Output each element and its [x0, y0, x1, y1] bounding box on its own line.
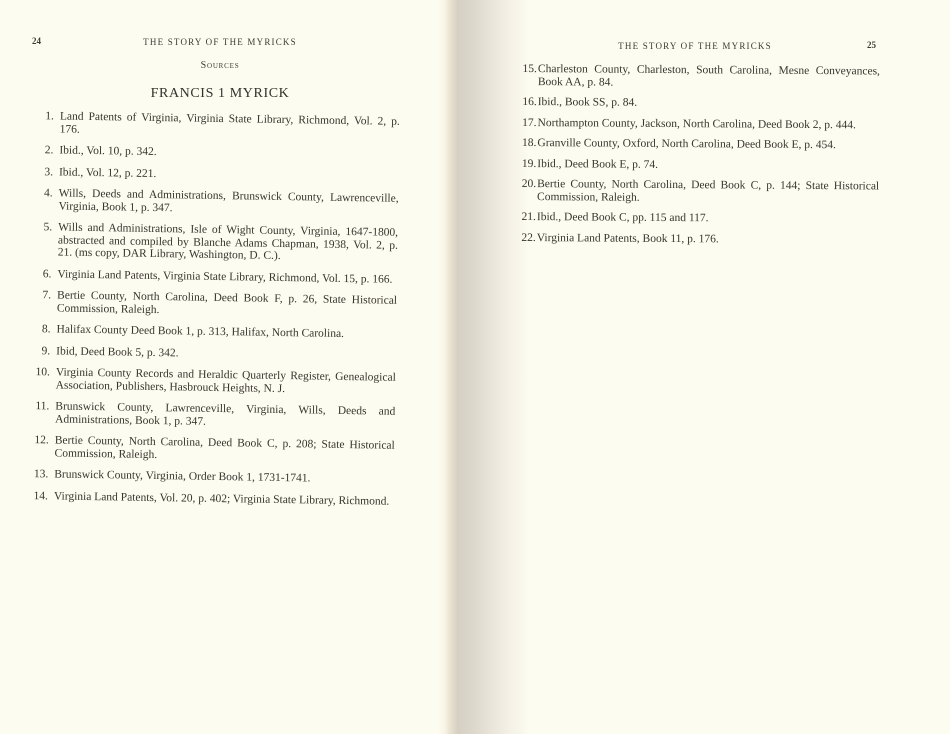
section-title: Sources — [130, 60, 310, 71]
right-page-number: 25 — [867, 40, 876, 50]
source-entry: 6.Virginia Land Patents, Virginia State … — [25, 267, 397, 285]
source-entry: 18.Granville County, Oxford, North Carol… — [524, 137, 879, 152]
source-entry: 16.Ibid., Book SS, p. 84. — [525, 96, 880, 111]
left-source-list: 1.Land Patents of Virginia, Virginia Sta… — [22, 110, 400, 517]
source-text: Virginia County Records and Heraldic Qua… — [56, 366, 396, 394]
source-text: Brunswick County, Virginia, Order Book 1… — [54, 468, 310, 484]
source-number: 19. — [510, 157, 536, 170]
source-text: Ibid., Deed Book E, p. 74. — [537, 158, 658, 171]
left-page: 24 THE STORY OF THE MYRICKS Sources FRAN… — [0, 0, 440, 734]
source-entry: 4.Wills, Deeds and Administrations, Brun… — [26, 187, 398, 218]
source-text: Wills, Deeds and Administrations, Brunsw… — [58, 187, 398, 213]
source-number: 14. — [22, 489, 48, 502]
source-number: 11. — [23, 400, 49, 413]
source-entry: 20.Bertie County, North Carolina, Deed B… — [524, 178, 879, 205]
book-spread: 24 THE STORY OF THE MYRICKS Sources FRAN… — [0, 0, 950, 734]
source-number: 13. — [22, 468, 48, 481]
source-entry: 3.Ibid., Vol. 12, p. 221. — [27, 165, 399, 183]
source-number: 22. — [510, 231, 536, 244]
source-number: 21. — [510, 211, 536, 224]
source-entry: 19.Ibid., Deed Book E, p. 74. — [524, 157, 879, 172]
source-number: 4. — [27, 187, 53, 200]
source-number: 18. — [510, 137, 536, 150]
source-text: Bertie County, North Carolina, Deed Book… — [57, 289, 397, 315]
source-number: 6. — [25, 267, 51, 280]
left-running-head: THE STORY OF THE MYRICKS — [130, 37, 310, 47]
right-source-list: 15.Charleston County, Charleston, South … — [524, 63, 880, 254]
source-number: 12. — [23, 434, 49, 447]
source-entry: 10.Virginia County Records and Heraldic … — [24, 366, 396, 397]
source-number: 16. — [511, 96, 537, 109]
left-page-number: 24 — [32, 36, 41, 46]
source-text: Bertie County, North Carolina, Deed Book… — [55, 434, 395, 460]
source-text: Halifax County Deed Book 1, p. 313, Hali… — [56, 323, 344, 340]
source-number: 8. — [24, 323, 50, 336]
source-entry: 22.Virginia Land Patents, Book 11, p. 17… — [524, 231, 879, 246]
source-number: 17. — [511, 116, 537, 129]
source-number: 20. — [510, 178, 536, 191]
source-number: 3. — [27, 165, 53, 178]
source-text: Ibid., Vol. 10, p. 342. — [59, 144, 157, 158]
source-entry: 1.Land Patents of Virginia, Virginia Sta… — [28, 110, 400, 141]
source-entry: 11.Brunswick County, Lawrenceville, Virg… — [23, 400, 395, 431]
source-number: 10. — [24, 366, 50, 379]
source-text: Bertie County, North Carolina, Deed Book… — [537, 178, 879, 203]
source-entry: 5.Wills and Administrations, Isle of Wig… — [26, 221, 399, 264]
source-entry: 2.Ibid., Vol. 10, p. 342. — [27, 144, 399, 162]
source-text: Ibid, Deed Book 5, p. 342. — [56, 345, 179, 359]
source-text: Charleston County, Charleston, South Car… — [538, 63, 880, 88]
source-entry: 8.Halifax County Deed Book 1, p. 313, Ha… — [24, 323, 396, 341]
source-number: 15. — [511, 63, 537, 76]
source-text: Ibid., Book SS, p. 84. — [538, 96, 637, 109]
book-gutter — [438, 0, 528, 734]
source-entry: 17.Northampton County, Jackson, North Ca… — [525, 116, 880, 131]
source-text: Northampton County, Jackson, North Carol… — [538, 117, 856, 131]
source-text: Granville County, Oxford, North Carolina… — [537, 137, 836, 151]
source-number: 1. — [28, 110, 54, 123]
source-text: Virginia Land Patents, Book 11, p. 176. — [537, 232, 719, 245]
source-entry: 14.Virginia Land Patents, Vol. 20, p. 40… — [22, 489, 394, 507]
source-text: Virginia Land Patents, Virginia State Li… — [57, 268, 392, 285]
source-number: 9. — [24, 344, 50, 357]
source-entry: 12.Bertie County, North Carolina, Deed B… — [23, 434, 395, 465]
source-entry: 15.Charleston County, Charleston, South … — [525, 63, 880, 90]
source-text: Ibid., Deed Book C, pp. 115 and 117. — [537, 211, 709, 224]
source-entry: 7.Bertie County, North Carolina, Deed Bo… — [25, 289, 397, 320]
source-number: 5. — [26, 221, 52, 234]
source-text: Brunswick County, Lawrenceville, Virgini… — [55, 400, 395, 427]
subject-title: FRANCIS 1 MYRICK — [110, 86, 330, 102]
source-entry: 9.Ibid, Deed Book 5, p. 342. — [24, 344, 396, 362]
source-text: Land Patents of Virginia, Virginia State… — [60, 111, 400, 136]
source-entry: 13.Brunswick County, Virginia, Order Boo… — [22, 468, 394, 486]
source-text: Ibid., Vol. 12, p. 221. — [59, 166, 157, 180]
source-entry: 21.Ibid., Deed Book C, pp. 115 and 117. — [524, 211, 879, 226]
source-text: Wills and Administrations, Isle of Wight… — [58, 221, 399, 261]
right-page: THE STORY OF THE MYRICKS 25 15.Charlesto… — [525, 0, 950, 734]
source-number: 2. — [27, 144, 53, 157]
source-number: 7. — [25, 289, 51, 302]
right-running-head: THE STORY OF THE MYRICKS — [600, 41, 790, 51]
source-text: Virginia Land Patents, Vol. 20, p. 402; … — [54, 490, 390, 507]
